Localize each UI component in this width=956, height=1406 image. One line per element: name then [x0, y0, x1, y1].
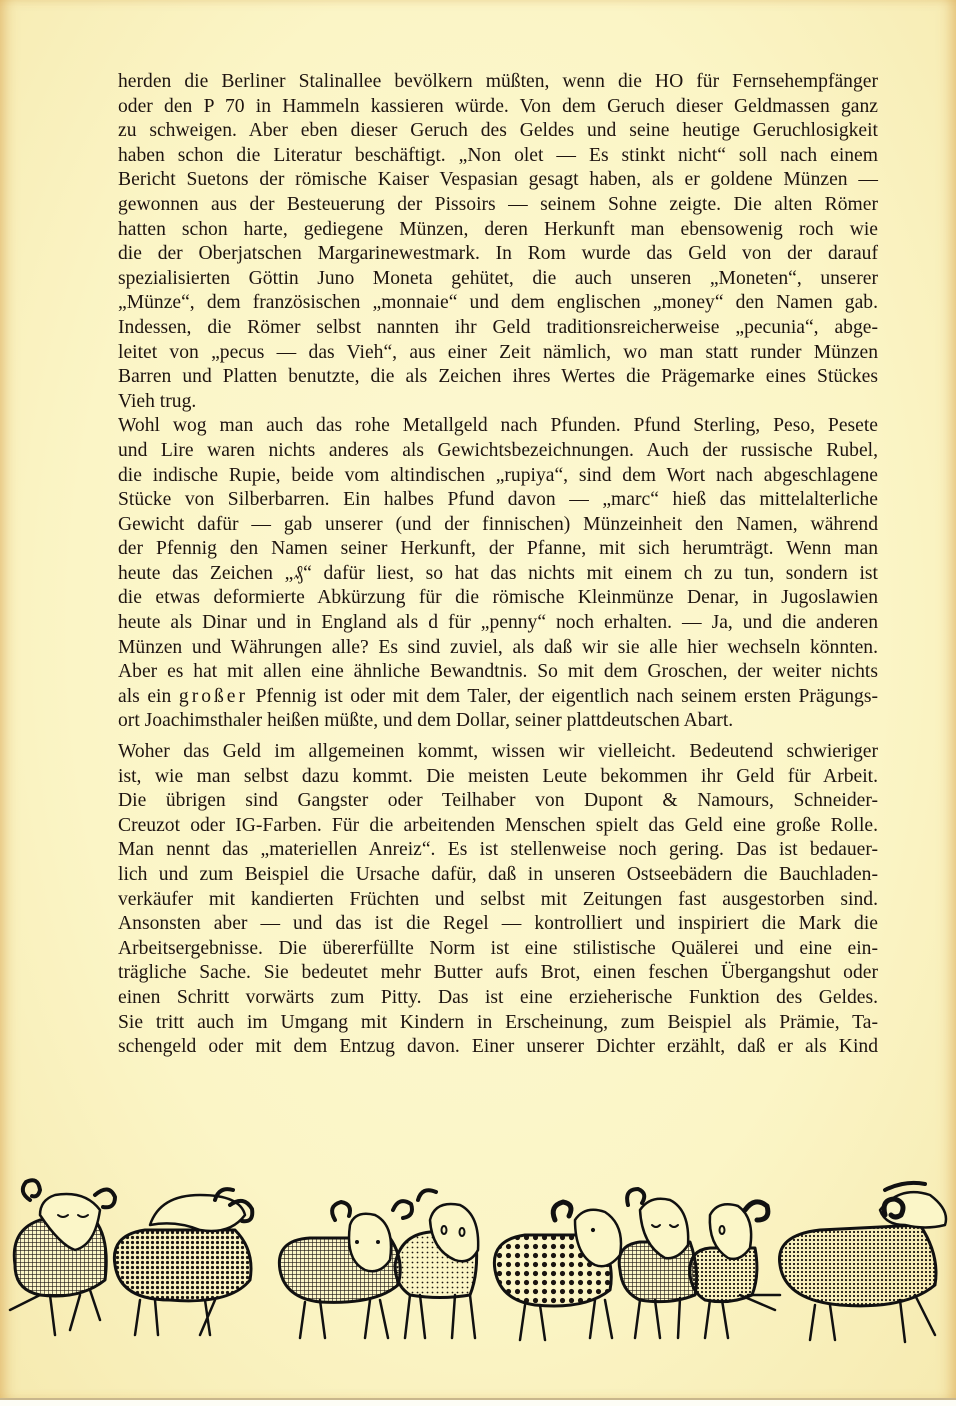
- paragraph-3: Woher das Geld im allgemeinen kommt, wis…: [118, 740, 878, 1060]
- text-line: heute das Zeichen „₰“ dafür liest, so ha…: [118, 562, 878, 587]
- text-line: die etwas deformierte Abkürzung für die …: [118, 586, 878, 611]
- sheep-7: [690, 1202, 780, 1338]
- text-line: Sie tritt auch im Umgang mit Kindern in …: [118, 1011, 878, 1036]
- text-line: spezialisierten Göttin Juno Moneta gehüt…: [118, 267, 878, 292]
- paragraph-2: Wohl wog man auch das rohe Metallgeld na…: [118, 414, 878, 734]
- text-line: Creuzot oder IG-Farben. Für die arbeiten…: [118, 814, 878, 839]
- sheep-3: [279, 1201, 412, 1338]
- text-line: oder den P 70 in Hammeln kassieren würde…: [118, 95, 878, 120]
- text-fragment: als ein: [118, 686, 179, 707]
- text-line: die der Oberjatschen Margarinewestmark. …: [118, 242, 878, 267]
- text-line: haben schon die Literatur beschäftigt. „…: [118, 144, 878, 169]
- text-line: Stücke von Silberbarren. Ein halbes Pfun…: [118, 488, 878, 513]
- sheep-6: [619, 1189, 697, 1338]
- text-line: Bericht Suetons der römische Kaiser Vesp…: [118, 168, 878, 193]
- text-line: Woher das Geld im allgemeinen kommt, wis…: [118, 740, 878, 765]
- text-line: zu schweigen. Aber eben dieser Geruch de…: [118, 119, 878, 144]
- text-fragment: Pfennig ist oder mit dem Taler, der eige…: [248, 686, 878, 707]
- text-line: Wohl wog man auch das rohe Metallgeld na…: [118, 414, 878, 439]
- body-text: herden die Berliner Stalinallee bevölker…: [118, 70, 878, 1060]
- text-line: heute als Dinar und in England als d für…: [118, 611, 878, 636]
- book-page: herden die Berliner Stalinallee bevölker…: [0, 0, 956, 1400]
- text-line: „Münze“, dem französischen „monnaie“ und…: [118, 291, 878, 316]
- paragraph-1: herden die Berliner Stalinallee bevölker…: [118, 70, 878, 414]
- text-line: Man nennt das „materiellen Anreiz“. Es i…: [118, 838, 878, 863]
- text-line: Arbeitsergebnisse. Die übererfüllte Norm…: [118, 937, 878, 962]
- text-line: Gewicht dafür — gab unserer (und der fin…: [118, 513, 878, 538]
- text-line: die indische Rupie, beide vom altindisch…: [118, 464, 878, 489]
- sheep-2: [114, 1189, 252, 1335]
- text-line: einen Schritt vorwärts zum Pitty. Das is…: [118, 986, 878, 1011]
- text-line: lich und zum Beispiel die Ursache dafür,…: [118, 863, 878, 888]
- text-line: ort Joachimsthaler heißen müßte, und dem…: [118, 709, 878, 734]
- text-line: Die übrigen sind Gangster oder Teilhaber…: [118, 789, 878, 814]
- text-line: herden die Berliner Stalinallee bevölker…: [118, 70, 878, 95]
- sheep-illustration: [0, 1170, 956, 1370]
- sheep-8: [780, 1183, 947, 1342]
- text-line: schengeld oder mit dem Entzug davon. Ein…: [118, 1035, 878, 1060]
- sheep-5: [494, 1202, 621, 1340]
- text-line: gewonnen aus der Besteuerung der Pissoir…: [118, 193, 878, 218]
- text-line: als ein großer Pfennig ist oder mit dem …: [118, 685, 878, 710]
- text-line: hatten schon harte, gediegene Münzen, de…: [118, 218, 878, 243]
- sheep-1: [10, 1180, 115, 1335]
- text-line: Vieh trug.: [118, 390, 878, 415]
- sheep-4: [395, 1190, 478, 1338]
- text-line: Indessen, die Römer selbst nannten ihr G…: [118, 316, 878, 341]
- text-line: und Lire waren nichts anderes als Gewich…: [118, 439, 878, 464]
- text-line: leitet von „pecus — das Vieh“, aus einer…: [118, 341, 878, 366]
- text-line: Barren und Platten benutzte, die als Zei…: [118, 365, 878, 390]
- text-line: verkäufer mit kandierten Früchten und se…: [118, 888, 878, 913]
- text-line: ist, wie man selbst dazu kommt. Die meis…: [118, 765, 878, 790]
- text-line: Münzen und Währungen alle? Es sind zuvie…: [118, 636, 878, 661]
- emphasized-word: großer: [179, 686, 248, 707]
- text-line: Aber es hat mit allen eine ähnliche Bewa…: [118, 660, 878, 685]
- text-line: der Pfennig den Namen seiner Herkunft, d…: [118, 537, 878, 562]
- text-line: Ansonsten aber — und das ist die Regel —…: [118, 912, 878, 937]
- text-line: trägliche Sache. Sie bedeutet mehr Butte…: [118, 961, 878, 986]
